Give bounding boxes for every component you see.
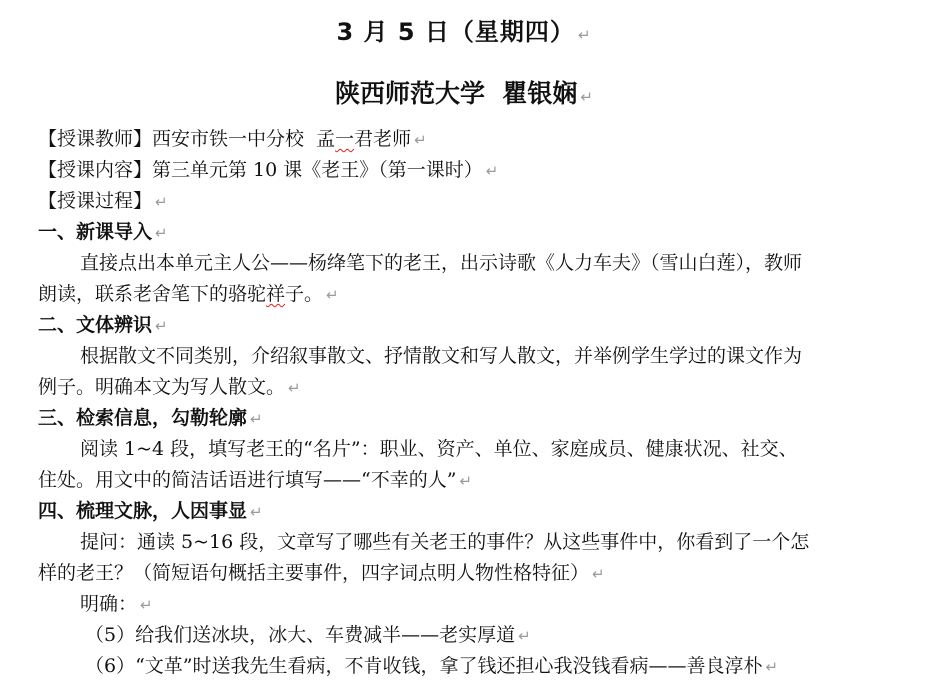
section-3-para-line-2: 住处。用文中的简洁话语进行填写——“不幸的人”↵ <box>38 465 874 496</box>
document-date-title: 3 月 5 日（星期四）↵ <box>0 12 928 55</box>
paragraph-mark-icon: ↵ <box>140 596 153 614</box>
author-title-text: 陕西师范大学 瞿银娴 <box>335 79 577 108</box>
answer-item-5: （5）给我们送冰块，冰大、车费减半——老实厚道↵ <box>38 620 874 651</box>
paragraph-mark-icon: ↵ <box>250 503 263 521</box>
meta-teacher-value-end: 君老师 <box>354 128 411 150</box>
document-author-title: 陕西师范大学 瞿银娴↵ <box>0 73 928 118</box>
paragraph-mark-icon: ↵ <box>592 565 605 583</box>
paragraph-mark-icon: ↵ <box>766 658 779 676</box>
section-2-para-line-1: 根据散文不同类别，介绍叙事散文、抒情散文和写人散文，并举例学生学过的课文作为 <box>38 341 874 372</box>
meta-teacher: 【授课教师】西安市铁一中分校 孟一君老师↵ <box>38 124 874 155</box>
document-page: 3 月 5 日（星期四）↵ 陕西师范大学 瞿银娴↵ 【授课教师】西安市铁一中分校… <box>0 0 928 680</box>
meta-content-value: 第三单元第 10 课《老王》（第一课时） <box>152 159 483 181</box>
section-heading-text: 四、梳理文脉，人因事显 <box>38 500 247 522</box>
section-heading-text: 三、检索信息，勾勒轮廓 <box>38 407 247 429</box>
document-body: 【授课教师】西安市铁一中分校 孟一君老师↵ 【授课内容】第三单元第 10 课《老… <box>38 124 874 680</box>
section-heading-1: 一、新课导入↵ <box>38 217 874 248</box>
paragraph-mark-icon: ↵ <box>155 317 168 335</box>
paragraph-mark-icon: ↵ <box>459 472 472 490</box>
meta-teacher-value: 西安市铁一中分校 孟 <box>152 128 335 150</box>
paragraph-mark-icon: ↵ <box>326 286 339 304</box>
paragraph-mark-icon: ↵ <box>580 88 593 106</box>
answer-label: 明确：↵ <box>38 589 874 620</box>
section-heading-text: 一、新课导入 <box>38 221 152 243</box>
answer-item-text: （6）“文革”时送我先生看病，不肯收钱，拿了钱还担心我没钱看病——善良淳朴 <box>85 655 763 677</box>
answer-item-text: （5）给我们送冰块，冰大、车费减半——老实厚道 <box>85 624 515 646</box>
section-4-para-line-1: 提问：通读 5~16 段，文章写了哪些有关老王的事件？从这些事件中，你看到了一个… <box>38 527 874 558</box>
meta-process: 【授课过程】↵ <box>38 186 874 217</box>
paragraph-mark-icon: ↵ <box>288 379 301 397</box>
meta-process-label: 【授课过程】 <box>38 190 152 212</box>
meta-content-label: 【授课内容】 <box>38 159 152 181</box>
section-2-para-line-2: 例子。明确本文为写人散文。↵ <box>38 372 874 403</box>
paragraph-mark-icon: ↵ <box>578 26 592 44</box>
section-heading-text: 二、文体辨识 <box>38 314 152 336</box>
section-heading-3: 三、检索信息，勾勒轮廓↵ <box>38 403 874 434</box>
paragraph-mark-icon: ↵ <box>250 410 263 428</box>
spellcheck-flagged-word[interactable]: 祥 <box>266 283 285 305</box>
answer-label-text: 明确： <box>80 593 137 615</box>
paragraph-mark-icon: ↵ <box>155 193 168 211</box>
paragraph-mark-icon: ↵ <box>518 627 531 645</box>
meta-teacher-label: 【授课教师】 <box>38 128 152 150</box>
paragraph-mark-icon: ↵ <box>414 131 427 149</box>
paragraph-mark-icon: ↵ <box>486 162 499 180</box>
date-title-text: 3 月 5 日（星期四） <box>336 18 574 46</box>
spellcheck-flagged-word[interactable]: 一 <box>335 128 354 150</box>
section-heading-2: 二、文体辨识↵ <box>38 310 874 341</box>
para-text: 住处。用文中的简洁话语进行填写——“不幸的人” <box>38 469 456 491</box>
section-1-para-line-1: 直接点出本单元主人公——杨绛笔下的老王，出示诗歌《人力车夫》（雪山白莲），教师 <box>38 248 874 279</box>
section-heading-4: 四、梳理文脉，人因事显↵ <box>38 496 874 527</box>
section-4-para-line-2: 样的老王？（简短语句概括主要事件，四字词点明人物性格特征）↵ <box>38 558 874 589</box>
para-text: 例子。明确本文为写人散文。 <box>38 376 285 398</box>
meta-content: 【授课内容】第三单元第 10 课《老王》（第一课时）↵ <box>38 155 874 186</box>
paragraph-mark-icon: ↵ <box>155 224 168 242</box>
section-1-para-line-2: 朗读，联系老舍笔下的骆驼祥子。↵ <box>38 279 874 310</box>
section-3-para-line-1: 阅读 1~4 段，填写老王的“名片”：职业、资产、单位、家庭成员、健康状况、社交… <box>38 434 874 465</box>
para-text-end: 子。 <box>285 283 323 305</box>
para-text: 样的老王？（简短语句概括主要事件，四字词点明人物性格特征） <box>38 562 589 584</box>
answer-item-6: （6）“文革”时送我先生看病，不肯收钱，拿了钱还担心我没钱看病——善良淳朴↵ <box>38 651 874 680</box>
para-text: 朗读，联系老舍笔下的骆驼 <box>38 283 266 305</box>
